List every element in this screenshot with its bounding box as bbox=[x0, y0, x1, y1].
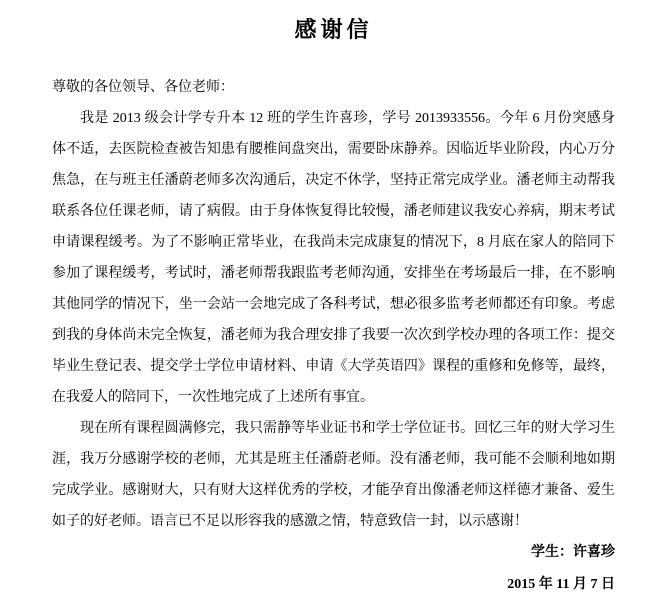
letter-title: 感谢信 bbox=[52, 14, 615, 46]
signature-line: 学生：许喜珍 bbox=[52, 537, 615, 568]
date-line: 2015 年 11 月 7 日 bbox=[52, 568, 615, 602]
salutation-line: 尊敬的各位领导、各位老师： bbox=[52, 72, 615, 103]
body-paragraph-2: 现在所有课程圆满修完，我只需静等毕业证书和学士学位证书。回忆三年的财大学习生涯，… bbox=[52, 413, 615, 537]
letter-document: 感谢信 尊敬的各位领导、各位老师： 我是 2013 级会计学专升本 12 班的学… bbox=[0, 0, 670, 603]
body-paragraph-1: 我是 2013 级会计学专升本 12 班的学生许喜珍，学号 2013933556… bbox=[52, 103, 615, 413]
